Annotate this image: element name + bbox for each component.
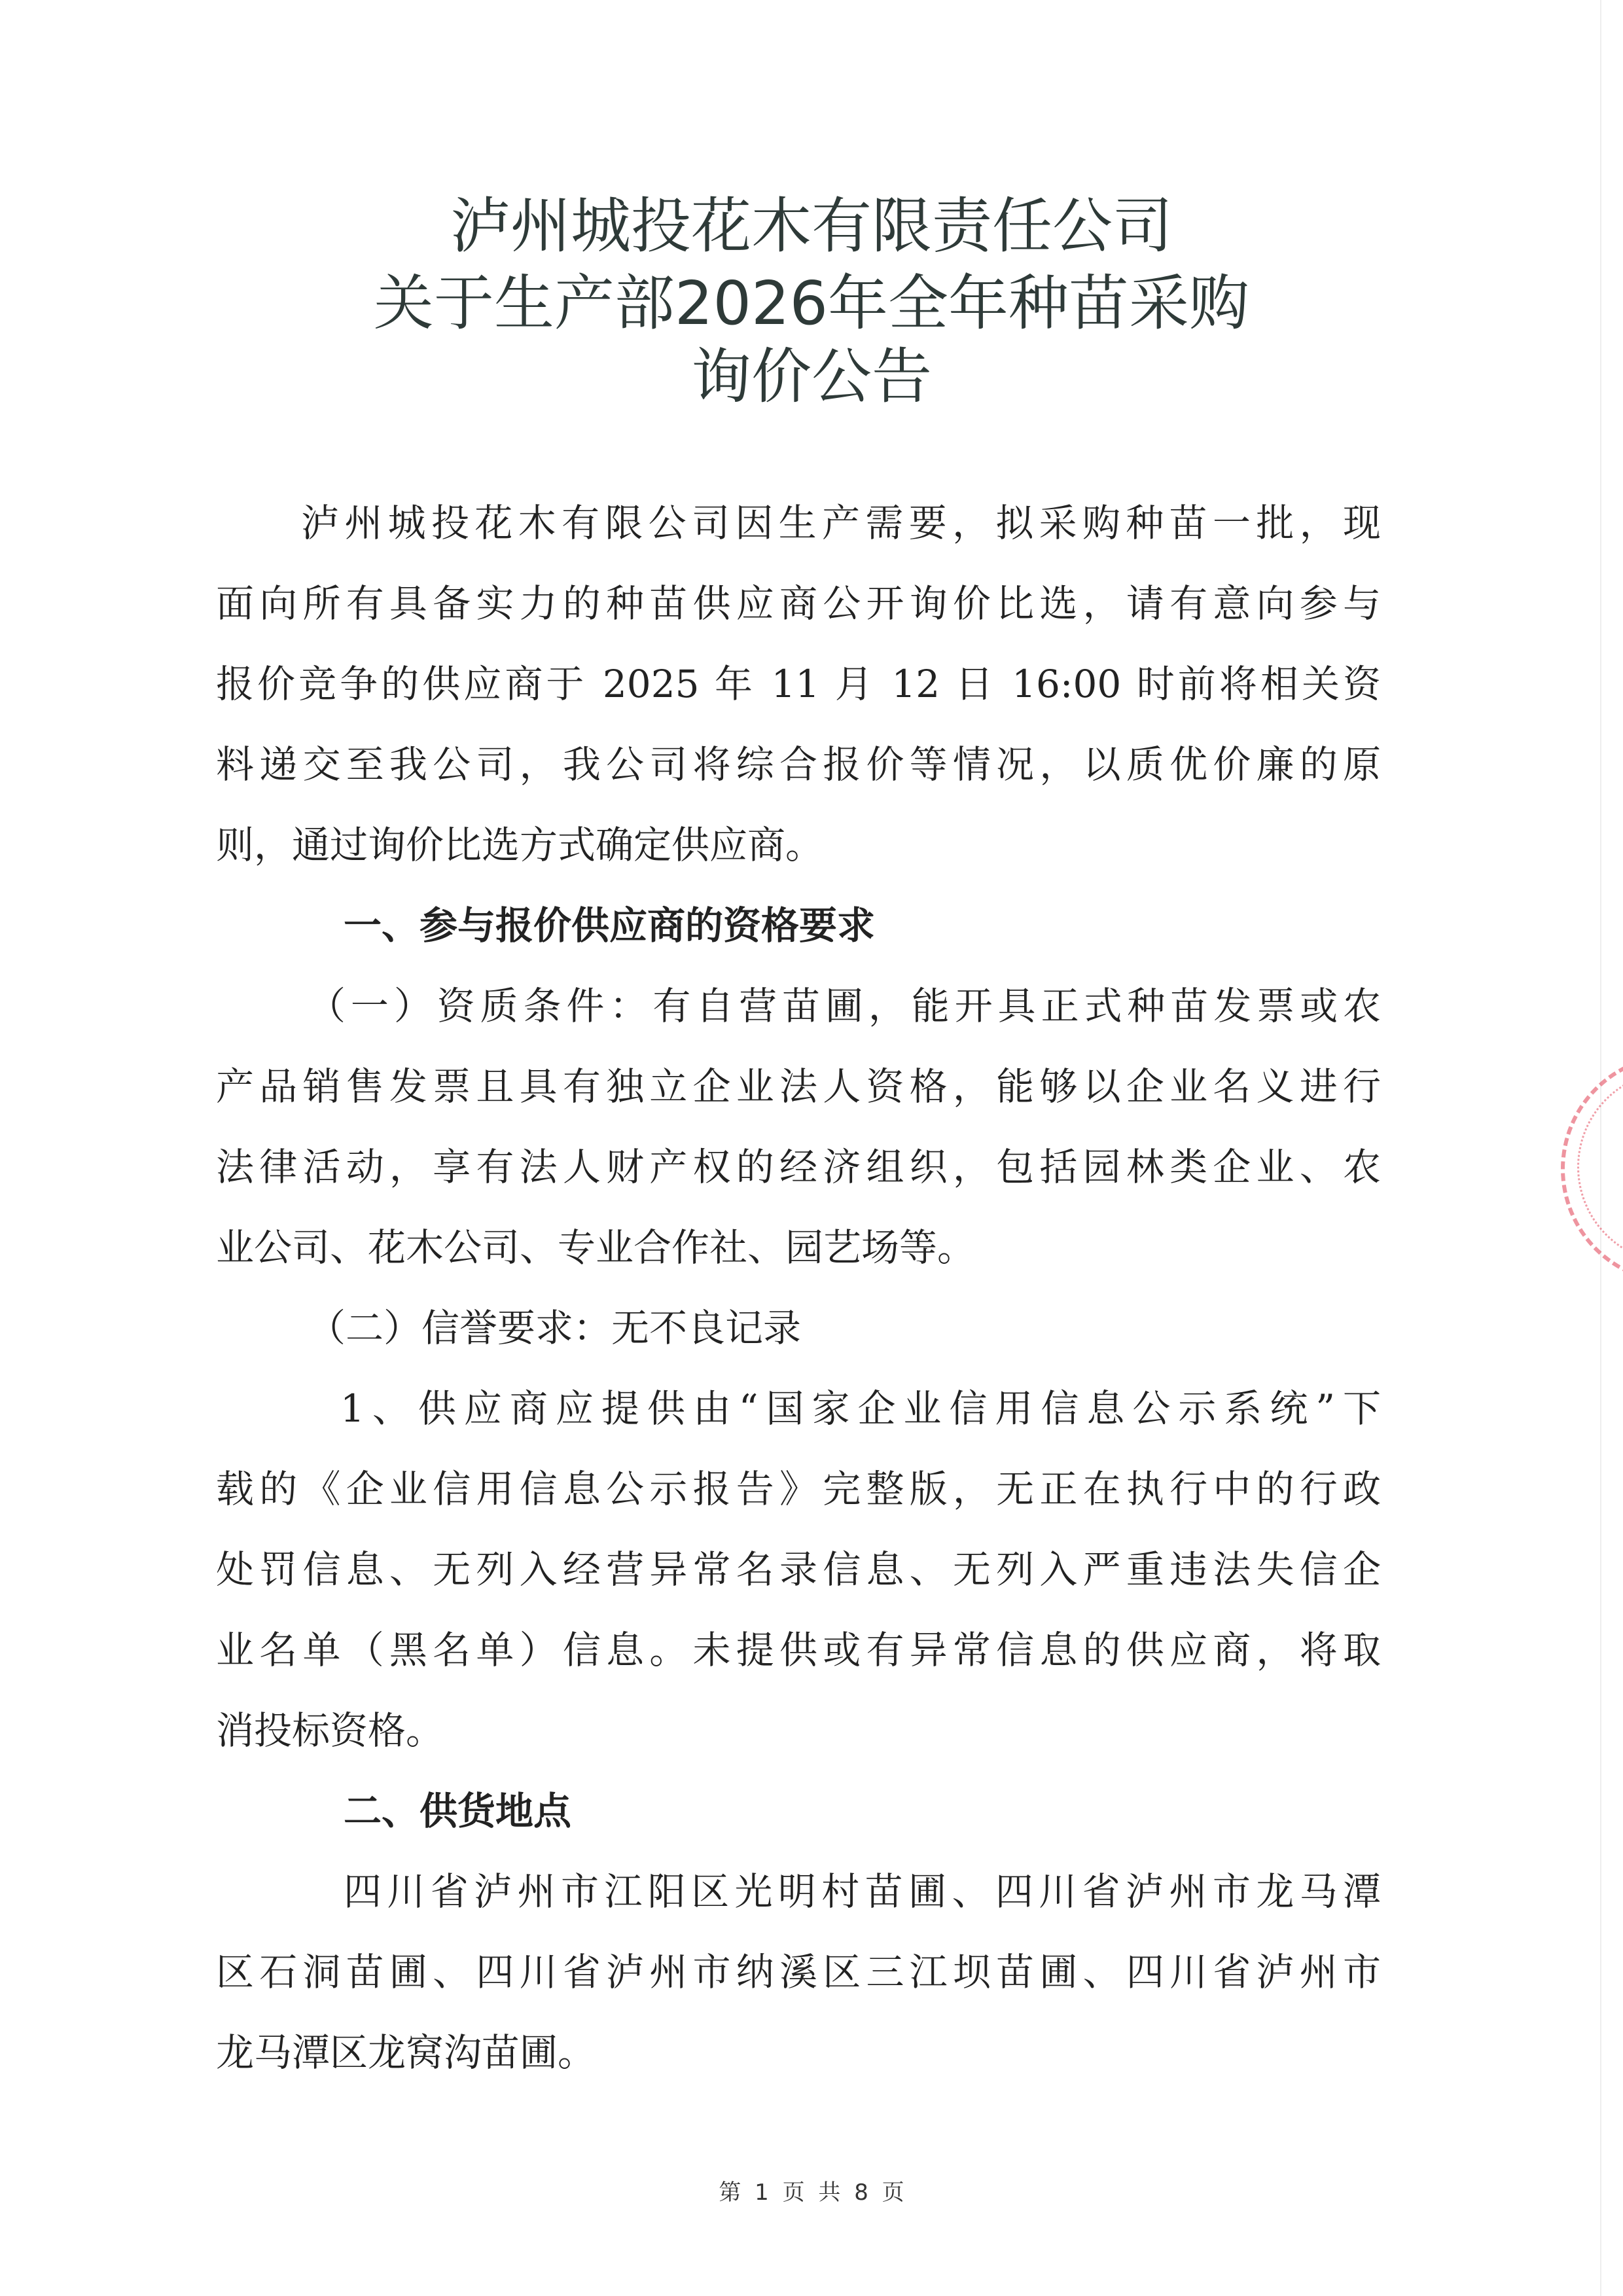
- delivery-line: 四川省泸州市江阳区光明村苗圃、四川省泸州市龙马潭: [344, 1873, 1381, 1910]
- title-line-1: 泸州城投花木有限责任公司: [0, 196, 1623, 257]
- intro-line: 料递交至我公司，我公司将综合报价等情况，以质优价廉的原: [216, 745, 1381, 783]
- credit-line: 载的《企业信用信息公示报告》完整版，无正在执行中的行政: [216, 1470, 1381, 1508]
- title-line-2: 关于生产部2026年全年种苗采购: [0, 274, 1623, 334]
- delivery-line: 龙马潭区龙窝沟苗圃。: [216, 2034, 1381, 2072]
- qualification-line: 业公司、花木公司、专业合作社、园艺场等。: [216, 1229, 1381, 1266]
- qualification-line: 产品销售发票且具有独立企业法人资格，能够以企业名义进行: [216, 1067, 1381, 1105]
- page-number: 第 1 页 共 8 页: [0, 2174, 1623, 2206]
- credit-line: 消投标资格。: [216, 1712, 1381, 1749]
- credit-line: 处罚信息、无列入经营异常名录信息、无列入严重违法失信企: [216, 1551, 1381, 1588]
- section-heading-qualifications: 一、参与报价供应商的资格要求: [344, 906, 875, 944]
- section-heading-delivery: 二、供货地点: [344, 1792, 571, 1830]
- credit-heading: （二）信誉要求：无不良记录: [308, 1309, 801, 1347]
- intro-line: 泸州城投花木有限公司因生产需要，拟采购种苗一批，现: [301, 504, 1381, 542]
- qualification-line: （一）资质条件：有自营苗圃，能开具正式种苗发票或农: [308, 987, 1381, 1025]
- title-line-3: 询价公告: [0, 347, 1623, 407]
- qualification-line: 法律活动，享有法人财产权的经济组织，包括园林类企业、农: [216, 1148, 1381, 1186]
- credit-line: 业名单（黑名单）信息。未提供或有异常信息的供应商，将取: [216, 1631, 1381, 1669]
- intro-line: 面向所有具备实力的种苗供应商公开询价比选，请有意向参与: [216, 584, 1381, 622]
- intro-line: 则，通过询价比选方式确定供应商。: [216, 826, 1381, 864]
- delivery-line: 区石洞苗圃、四川省泸州市纳溪区三江坝苗圃、四川省泸州市: [216, 1953, 1381, 1991]
- credit-line: 1、供应商应提供由“国家企业信用信息公示系统”下: [340, 1390, 1381, 1427]
- intro-line: 报价竞争的供应商于 2025 年 11 月 12 日 16:00 时前将相关资: [216, 665, 1381, 703]
